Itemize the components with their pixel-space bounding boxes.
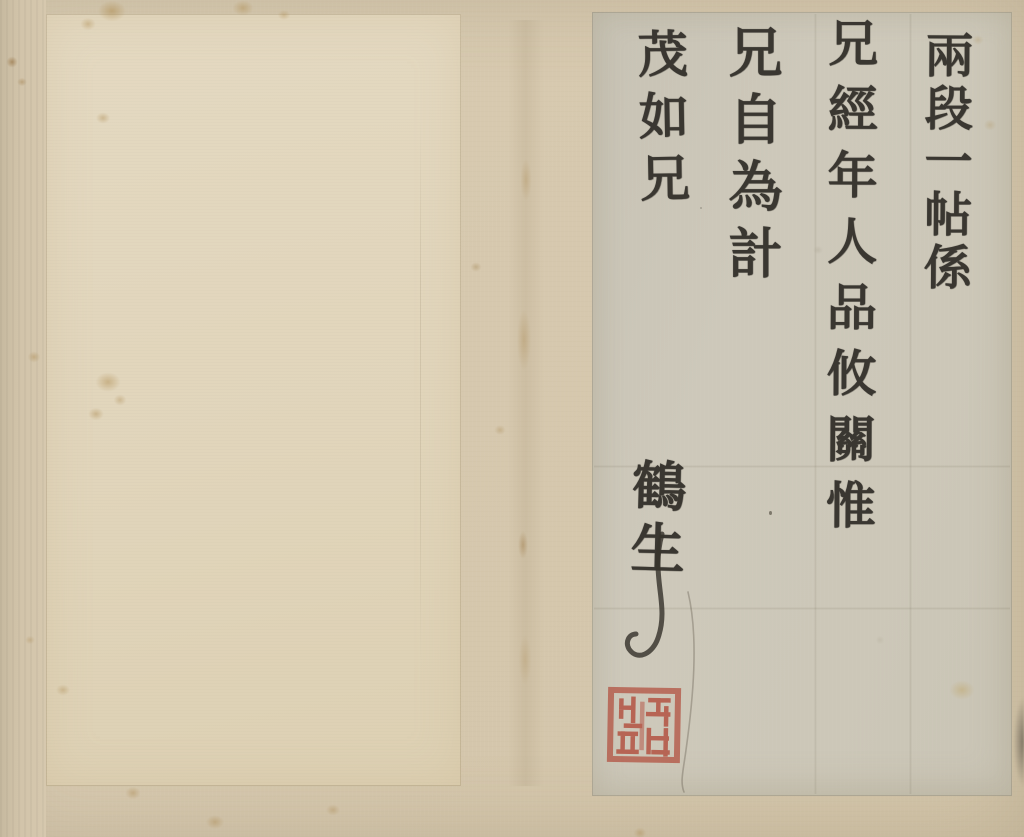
calligraphy-column-4: 茂如兄 (633, 28, 686, 215)
ink-speck (769, 511, 772, 515)
right-edge-shadow (1006, 672, 1024, 812)
seal-stamp (605, 685, 682, 764)
calligraphy-column-2: 兄經年人品攸關惟 (822, 17, 875, 545)
paper-crease-vertical-2 (909, 14, 912, 794)
ink-speck (700, 207, 702, 209)
left-album-page (46, 14, 461, 786)
left-page-crease (420, 120, 421, 660)
calligraphy-column-1: 兩段一帖係 (919, 30, 969, 295)
album-leaf-scan: 兩段一帖係 兄經年人品攸關惟 兄自為計 茂如兄 鶴生 (0, 0, 1024, 837)
mount-left-edge (0, 0, 46, 837)
gutter-fold-stain (508, 20, 544, 786)
calligraphy-column-3: 兄自為計 (725, 24, 779, 292)
paper-crease-vertical-1 (814, 14, 817, 794)
